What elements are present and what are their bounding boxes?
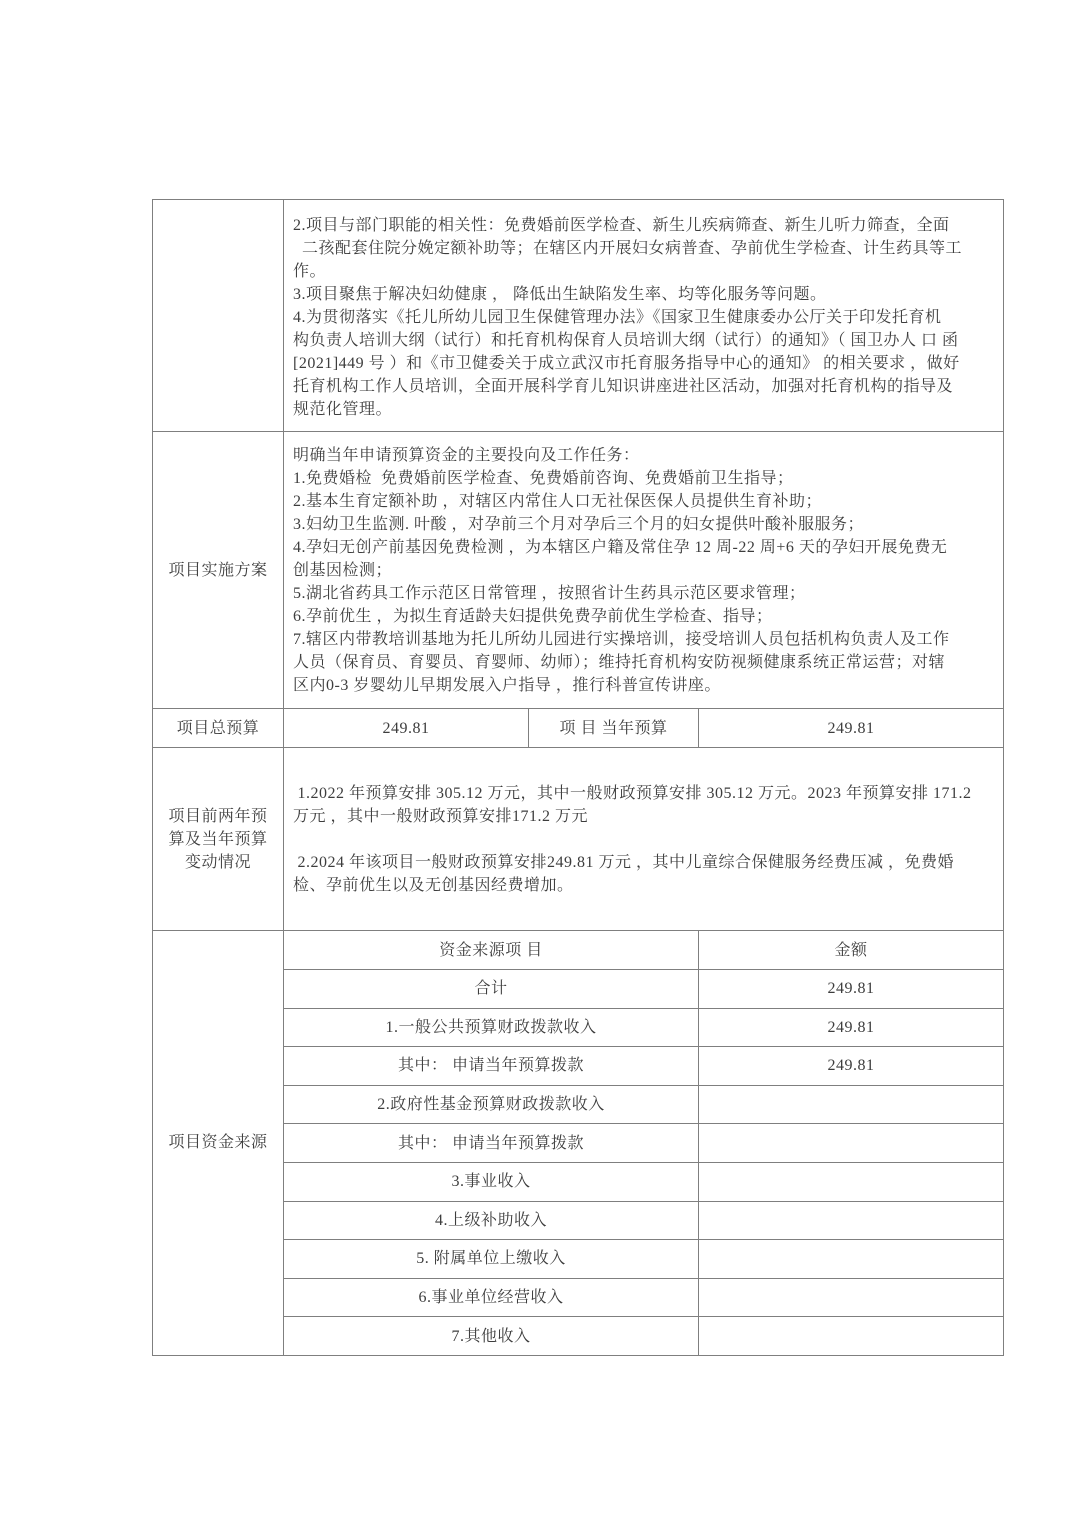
funding-item: 5. 附属单位上缴收入: [284, 1240, 699, 1279]
implementation-plan-label: 项目实施方案: [153, 432, 284, 709]
funding-item: 合计: [284, 970, 699, 1009]
funding-amount: [699, 1124, 1004, 1163]
funding-source-label: 项目资金来源: [153, 931, 284, 1356]
prior-years-budget-label: 项目前两年预 算及当年预算 变动情况: [153, 748, 284, 931]
funding-item: 其中： 申请当年预算拨款: [284, 1124, 699, 1163]
document-page: 2.项目与部门职能的相关性：免费婚前医学检查、新生儿疾病筛查、新生儿听力筛查，全…: [0, 0, 1074, 1520]
funding-item: 7.其他收入: [284, 1317, 699, 1356]
current-year-budget-label: 项 目 当年预算: [529, 709, 699, 748]
row1-content-cell: 2.项目与部门职能的相关性：免费婚前医学检查、新生儿疾病筛查、新生儿听力筛查，全…: [284, 200, 1004, 432]
table-row: 项目前两年预 算及当年预算 变动情况 1.2022 年预算安排 305.12 万…: [153, 748, 1004, 931]
funding-amount: [699, 1085, 1004, 1124]
total-budget-value: 249.81: [284, 709, 529, 748]
table-row: 2.项目与部门职能的相关性：免费婚前医学检查、新生儿疾病筛查、新生儿听力筛查，全…: [153, 200, 1004, 432]
funding-header-amount: 金额: [699, 931, 1004, 970]
funding-header-item: 资金来源项 目: [284, 931, 699, 970]
implementation-plan-content: 明确当年申请预算资金的主要投向及工作任务： 1.免费婚检 免费婚前医学检查、免费…: [284, 432, 1004, 709]
funding-amount: [699, 1278, 1004, 1317]
funding-item: 其中： 申请当年预算拨款: [284, 1047, 699, 1086]
current-year-budget-value: 249.81: [699, 709, 1004, 748]
prior-years-budget-content: 1.2022 年预算安排 305.12 万元，其中一般财政预算安排 305.12…: [284, 748, 1004, 931]
funding-item: 6.事业单位经营收入: [284, 1278, 699, 1317]
funding-amount: [699, 1317, 1004, 1356]
funding-item: 4.上级补助收入: [284, 1201, 699, 1240]
funding-amount: 249.81: [699, 1047, 1004, 1086]
table-row: 项目实施方案 明确当年申请预算资金的主要投向及工作任务： 1.免费婚检 免费婚前…: [153, 432, 1004, 709]
funding-item: 1.一般公共预算财政拨款收入: [284, 1008, 699, 1047]
total-budget-label: 项目总预算: [153, 709, 284, 748]
row1-label-cell: [153, 200, 284, 432]
funding-item: 2.政府性基金预算财政拨款收入: [284, 1085, 699, 1124]
project-budget-form-table: 2.项目与部门职能的相关性：免费婚前医学检查、新生儿疾病筛查、新生儿听力筛查，全…: [152, 199, 1004, 1356]
funding-amount: 249.81: [699, 970, 1004, 1009]
funding-item: 3.事业收入: [284, 1162, 699, 1201]
funding-amount: [699, 1162, 1004, 1201]
funding-amount: [699, 1240, 1004, 1279]
funding-header-row: 项目资金来源 资金来源项 目 金额: [153, 931, 1004, 970]
funding-amount: [699, 1201, 1004, 1240]
funding-amount: 249.81: [699, 1008, 1004, 1047]
table-row: 项目总预算 249.81 项 目 当年预算 249.81: [153, 709, 1004, 748]
